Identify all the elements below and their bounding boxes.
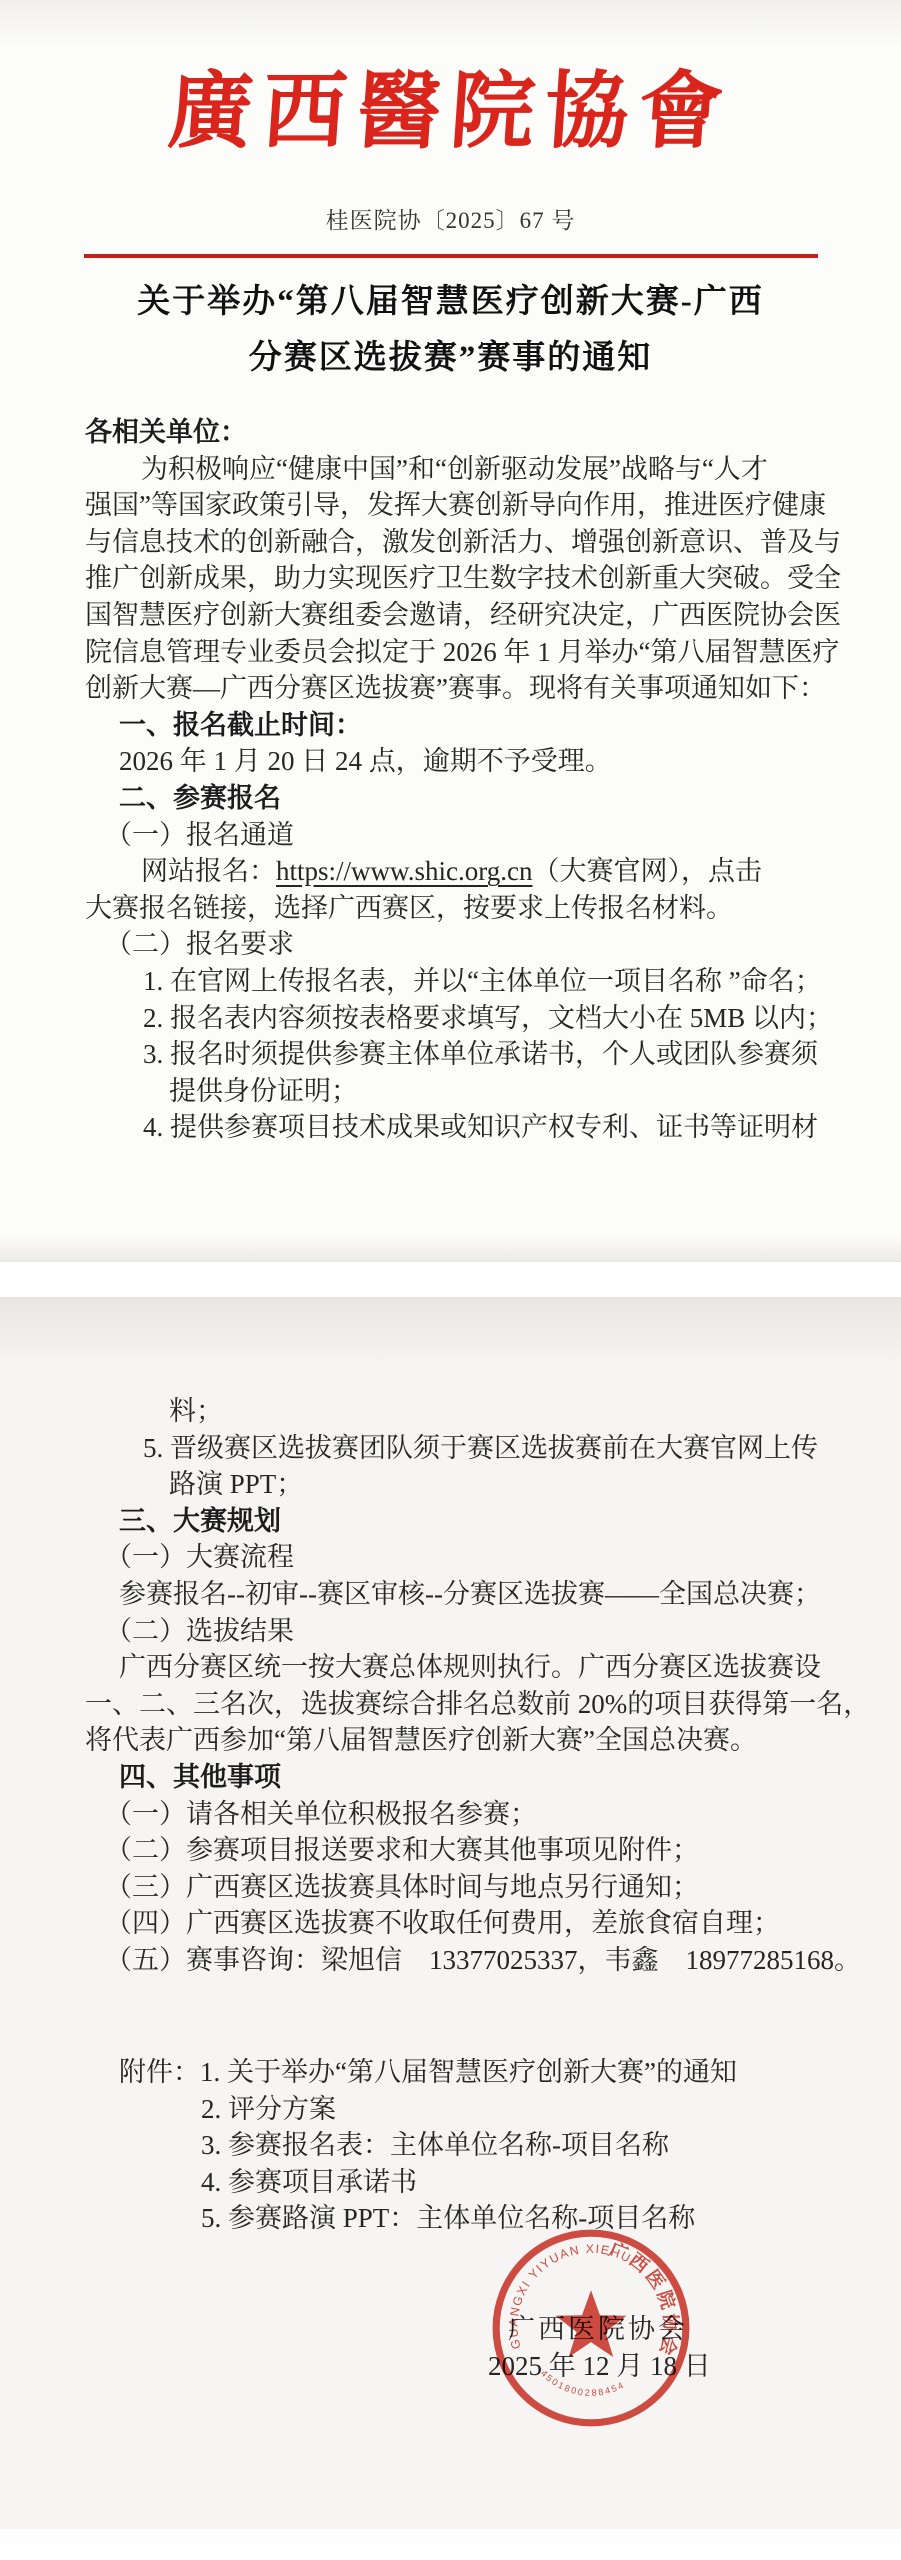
doc-line: 三、大赛规划: [85, 1503, 825, 1540]
doc-line: 4. 参赛项目承诺书: [85, 2164, 825, 2201]
doc-line: 料；: [85, 1393, 825, 1430]
doc-line: 网站报名：https://www.shic.org.cn（大赛官网），点击: [85, 853, 825, 890]
scanned-notice-document: 廣西醫院協會 桂医院协〔2025〕67 号 关于举办“第八届智慧医疗创新大赛-广…: [0, 0, 901, 2560]
doc-line: 3. 报名时须提供参赛主体单位承诺书，个人或团队参赛须: [85, 1036, 825, 1073]
svg-text:广西医院协会: 广西医院协会: [606, 2238, 681, 2360]
doc-line: （一）请各相关单位积极报名参赛；: [85, 1796, 825, 1833]
doc-line: （一）报名通道: [85, 817, 825, 854]
doc-line: 二、参赛报名: [85, 780, 825, 817]
notice-title: 关于举办“第八届智慧医疗创新大赛-广西 分赛区选拔赛”赛事的通知: [0, 274, 901, 386]
page-1: 廣西醫院協會 桂医院协〔2025〕67 号 关于举办“第八届智慧医疗创新大赛-广…: [0, 0, 901, 1262]
doc-line: 2. 评分方案: [85, 2091, 825, 2128]
doc-line: （二）参赛项目报送要求和大赛其他事项见附件；: [85, 1832, 825, 1869]
doc-line: 1. 在官网上传报名表，并以“主体单位一项目名称 ”命名；: [85, 963, 825, 1000]
page2-body: 料；5. 晋级赛区选拔赛团队须于赛区选拔赛前在大赛官网上传路演 PPT；三、大赛…: [85, 1393, 825, 1979]
doc-line: 推广创新成果，助力实现医疗卫生数字技术创新重大突破。受全: [85, 560, 825, 597]
doc-line: 2. 报名表内容须按表格要求填写，文档大小在 5MB 以内；: [85, 1000, 825, 1037]
org-calligraphy-header: 廣西醫院協會: [0, 58, 901, 168]
doc-line: 路演 PPT；: [85, 1466, 825, 1503]
page-2: 料；5. 晋级赛区选拔赛团队须于赛区选拔赛前在大赛官网上传路演 PPT；三、大赛…: [0, 1297, 901, 2543]
notice-title-line-2: 分赛区选拔赛”赛事的通知: [0, 330, 901, 386]
doc-line: 国智慧医疗创新大赛组委会邀请，经研究决定，广西医院协会医: [85, 597, 825, 634]
doc-text: 附件：: [119, 2057, 200, 2087]
official-seal: GUANGXI YIYUAN XIEHUI 广西医院协会 45018002884…: [489, 2226, 693, 2430]
doc-line: 5. 参赛路演 PPT：主体单位名称-项目名称: [85, 2200, 825, 2237]
doc-number: 桂医院协〔2025〕67 号: [0, 205, 901, 237]
website-url: https://www.shic.org.cn: [276, 856, 533, 886]
notice-title-line-1: 关于举办“第八届智慧医疗创新大赛-广西: [0, 274, 901, 330]
doc-line: 提供身份证明；: [85, 1073, 825, 1110]
doc-line: 广西分赛区统一按大赛总体规则执行。广西分赛区选拔赛设: [85, 1649, 825, 1686]
page1-body: 各相关单位：为积极响应“健康中国”和“创新驱动发展”战略与“人才强国”等国家政策…: [85, 414, 825, 1146]
doc-line: 将代表广西参加“第八届智慧医疗创新大赛”全国总决赛。: [85, 1722, 825, 1759]
doc-line: 四、其他事项: [85, 1759, 825, 1796]
doc-line: （四）广西赛区选拔赛不收取任何费用，差旅食宿自理；: [85, 1905, 825, 1942]
doc-line: 各相关单位：: [85, 414, 825, 451]
red-divider-rule: [84, 254, 818, 258]
doc-line: 与信息技术的创新融合，激发创新活力、增强创新意识、普及与: [85, 524, 825, 561]
doc-line: 附件：1. 关于举办“第八届智慧医疗创新大赛”的通知: [85, 2054, 825, 2091]
doc-line: 为积极响应“健康中国”和“创新驱动发展”战略与“人才: [85, 451, 825, 488]
doc-text: 网站报名：: [141, 856, 276, 886]
doc-line: 一、报名截止时间：: [85, 707, 825, 744]
doc-line: （二）选拔结果: [85, 1613, 825, 1650]
doc-line: 创新大赛—广西分赛区选拔赛”赛事。现将有关事项通知如下：: [85, 670, 825, 707]
doc-line: 参赛报名--初审--赛区审核--分赛区选拔赛——全国总决赛；: [85, 1576, 825, 1613]
doc-line: 2026 年 1 月 20 日 24 点，逾期不予受理。: [85, 743, 825, 780]
doc-line: 大赛报名链接，选择广西赛区，按要求上传报名材料。: [85, 890, 825, 927]
doc-text: （大赛官网），点击: [533, 856, 763, 886]
doc-line: （一）大赛流程: [85, 1539, 825, 1576]
doc-text: 1. 关于举办“第八届智慧医疗创新大赛”的通知: [200, 2057, 737, 2087]
doc-line: （三）广西赛区选拔赛具体时间与地点另行通知；: [85, 1869, 825, 1906]
doc-line: 强国”等国家政策引导，发挥大赛创新导向作用，推进医疗健康: [85, 487, 825, 524]
doc-line: （五）赛事咨询：梁旭信 13377025337，韦鑫 18977285168。: [85, 1942, 825, 1979]
doc-line: 3. 参赛报名表：主体单位名称-项目名称: [85, 2127, 825, 2164]
doc-line: 5. 晋级赛区选拔赛团队须于赛区选拔赛前在大赛官网上传: [85, 1430, 825, 1467]
seal-star-icon: [556, 2290, 627, 2357]
attachments-block: 附件：1. 关于举办“第八届智慧医疗创新大赛”的通知2. 评分方案3. 参赛报名…: [85, 2054, 825, 2237]
doc-line: 4. 提供参赛项目技术成果或知识产权专利、证书等证明材: [85, 1109, 825, 1146]
doc-line: （二）报名要求: [85, 926, 825, 963]
svg-text:4501800288454: 4501800288454: [539, 2368, 627, 2398]
doc-line: 院信息管理专业委员会拟定于 2026 年 1 月举办“第八届智慧医疗: [85, 634, 825, 671]
doc-line: 一、二、三名次，选拔赛综合排名总数前 20%的项目获得第一名，: [85, 1686, 825, 1723]
